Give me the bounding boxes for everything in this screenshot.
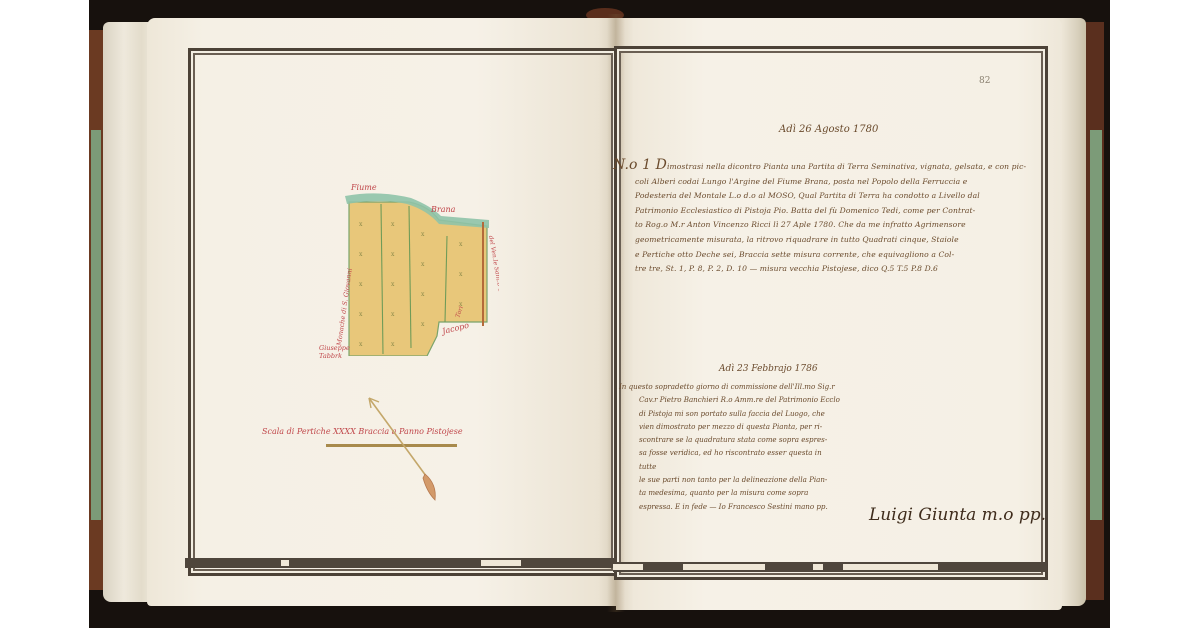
entry-date-heading: Adì 26 Agosto 1780 — [779, 124, 878, 135]
paragraph-line: Podesteria del Montale L.o d.o al MOSO, … — [613, 189, 1033, 204]
certification-text: In questo sopradetto giorno di commissio… — [619, 380, 841, 513]
cover-right-green-lining — [1090, 130, 1102, 520]
cert-line: di Pistoja mi son portato sulla faccia d… — [619, 407, 841, 420]
cert-line: espressa. E in fede — Io Francesco Sesti… — [619, 500, 841, 513]
cover-left-green-lining — [91, 130, 101, 520]
paragraph-line: tre tre, St. 1, P. 8, P. 2, D. 10 — misu… — [613, 262, 1033, 277]
paint-loss — [281, 560, 289, 566]
paragraph-line: Patrimonio Ecclesiastico di Pistoja Pio.… — [613, 204, 1033, 219]
label-right-neighbor: del Ven.le Sant.o Colore — [487, 235, 499, 309]
cert-line: ta medesima, quanto per la misura come s… — [619, 486, 841, 499]
paragraph-line: coli Alberi codai Lungo l'Argine del Fiu… — [613, 175, 1033, 190]
drop-cap: N.o 1 D — [613, 157, 667, 173]
cert-line: In questo sopradetto giorno di commissio… — [619, 380, 841, 393]
label-river-1: Fiume — [350, 183, 377, 192]
paragraph-line: e Pertiche otto Deche sei, Braccia sette… — [613, 248, 1033, 263]
cert-line: Cav.r Pietro Banchieri R.o Amm.re del Pa… — [619, 393, 841, 406]
label-bottom-neighbor: Jacopo — [439, 321, 470, 337]
paragraph-line: N.o 1 Dimostrasi nella dicontro Pianta u… — [613, 158, 1033, 175]
right-frame-bottom-band — [613, 562, 1047, 572]
label-river-2: Brana — [430, 205, 456, 214]
book-scan: xxxxx xxxxx xxxx xxx Fiume Brana Monache… — [89, 0, 1110, 628]
certification-date: Adì 23 Febbrajo 1786 — [719, 364, 818, 374]
paragraph-line: to Rog.o M.r Anton Vincenzo Ricci lì 27 … — [613, 218, 1033, 233]
label-bottom-left-neighbor: Giuseppe Tabbrk — [319, 344, 359, 360]
paint-loss — [481, 560, 521, 566]
left-frame-bottom-band — [185, 558, 617, 568]
paint-loss — [613, 564, 643, 570]
parcel-map: xxxxx xxxxx xxxx xxx Fiume Brana Monache… — [319, 176, 499, 356]
paragraph-line: geometricamente misurata, la ritrovo riq… — [613, 233, 1033, 248]
survey-description: N.o 1 Dimostrasi nella dicontro Pianta u… — [613, 158, 1033, 277]
folio-number: 82 — [979, 76, 990, 86]
north-arrow-icon — [367, 396, 447, 506]
cert-line: vien dimostrato per mezzo di questa Pian… — [619, 420, 841, 433]
paint-loss — [813, 564, 823, 570]
cert-line: le sue parti non tanto per la delineazio… — [619, 473, 841, 486]
cert-line: sa fosse veridica, ed ho riscontrato ess… — [619, 446, 841, 473]
cert-line: scontrare se la quadratura stata come so… — [619, 433, 841, 446]
surveyor-signature: Luigi Giunta m.o pp. — [869, 505, 1046, 525]
paint-loss — [683, 564, 765, 570]
paint-loss — [843, 564, 938, 570]
